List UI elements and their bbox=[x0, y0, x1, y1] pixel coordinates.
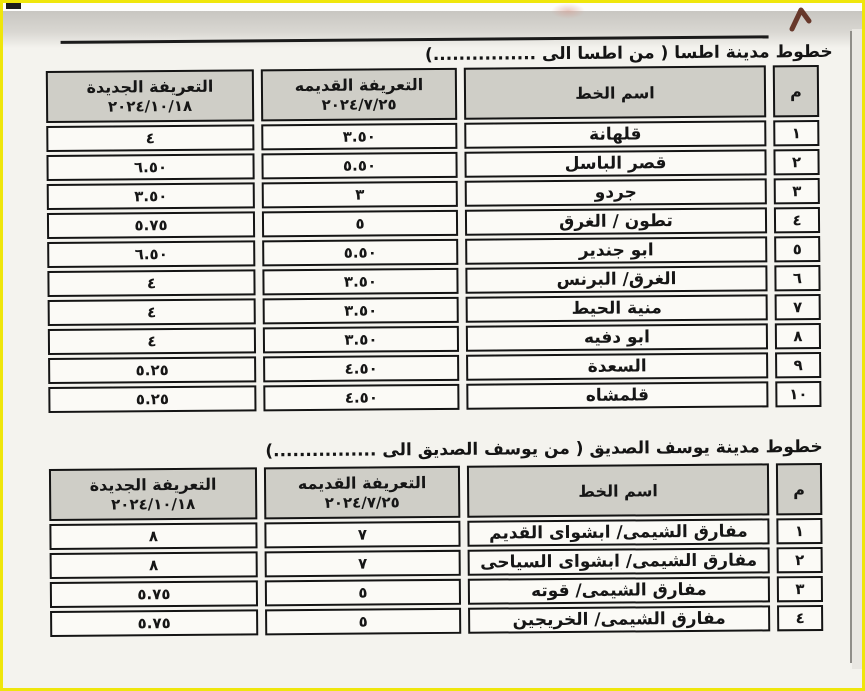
table-row: ٨ ابو دفيه ٣.٥٠ ٤ bbox=[48, 323, 821, 355]
line-name-cell: السعدة bbox=[466, 352, 768, 380]
new-tariff-cell: ٦.٥٠ bbox=[46, 153, 254, 181]
old-tariff-cell: ٥.٥٠ bbox=[261, 152, 457, 180]
new-tariff-label: التعريفة الجديدة bbox=[50, 76, 250, 97]
new-tariff-cell: ٤ bbox=[48, 327, 256, 355]
row-number-cell: ٩ bbox=[775, 352, 821, 378]
new-tariff-cell: ٨ bbox=[49, 522, 257, 550]
line-name-cell: مفارق الشيمى/ ابشواى السياحى bbox=[468, 547, 770, 575]
new-tariff-cell: ٤ bbox=[46, 124, 254, 152]
table-row: ١ قلهانة ٣.٥٠ ٤ bbox=[46, 120, 819, 152]
new-tariff-cell: ٥.٧٥ bbox=[50, 580, 258, 608]
new-tariff-cell: ٤ bbox=[47, 269, 255, 297]
old-tariff-cell: ٥.٥٠ bbox=[262, 239, 458, 267]
new-tariff-date: ٢٠٢٤/١٠/١٨ bbox=[53, 494, 253, 514]
old-tariff-date: ٢٠٢٤/٧/٢٥ bbox=[268, 493, 456, 512]
new-tariff-cell: ٥.٢٥ bbox=[48, 385, 256, 413]
old-tariff-cell: ٥ bbox=[265, 608, 461, 636]
table-row: ١٠ قلمشاه ٤.٥٠ ٥.٢٥ bbox=[48, 381, 821, 413]
row-number-cell: ٣ bbox=[777, 576, 823, 602]
old-tariff-cell: ٥ bbox=[265, 579, 461, 607]
itsa-lines-table: م اسم الخط التعريفة القديمه ٢٠٢٤/٧/٢٥ ال… bbox=[39, 62, 829, 416]
row-number-cell: ٧ bbox=[775, 294, 821, 320]
row-number-cell: ١٠ bbox=[775, 381, 821, 407]
old-tariff-cell: ٣.٥٠ bbox=[262, 268, 458, 296]
line-name-cell: منية الحيط bbox=[466, 294, 768, 322]
old-tariff-cell: ٣.٥٠ bbox=[263, 297, 459, 325]
old-tariff-cell: ٧ bbox=[265, 550, 461, 578]
table-row: ٥ ابو جندير ٥.٥٠ ٦.٥٠ bbox=[47, 236, 820, 268]
row-number-cell: ٤ bbox=[774, 207, 820, 233]
new-tariff-cell: ٨ bbox=[50, 551, 258, 579]
table-row: ٧ منية الحيط ٣.٥٠ ٤ bbox=[48, 294, 821, 326]
line-name-cell: تطون / الغرق bbox=[465, 207, 767, 235]
line-name-cell: ابو جندير bbox=[465, 236, 767, 264]
old-tariff-cell: ٣.٥٠ bbox=[263, 326, 459, 354]
old-tariff-cell: ٧ bbox=[264, 521, 460, 549]
line-name-cell: مفارق الشيمى/ ابشواى القديم bbox=[467, 518, 769, 546]
col-header-line-name: اسم الخط bbox=[464, 65, 766, 119]
line-name-cell: مفارق الشيمى/ الخريجين bbox=[468, 605, 770, 633]
new-tariff-cell: ٥.٢٥ bbox=[48, 356, 256, 384]
table-row: ١ مفارق الشيمى/ ابشواى القديم ٧ ٨ bbox=[49, 518, 822, 550]
line-name-cell: قصر الباسل bbox=[464, 149, 766, 177]
new-tariff-date: ٢٠٢٤/١٠/١٨ bbox=[50, 96, 250, 116]
row-number-cell: ٢ bbox=[773, 149, 819, 175]
old-tariff-cell: ٣.٥٠ bbox=[261, 123, 457, 151]
new-tariff-cell: ٥.٧٥ bbox=[50, 609, 258, 637]
new-tariff-cell: ٥.٧٥ bbox=[47, 211, 255, 239]
line-name-cell: جردو bbox=[465, 178, 767, 206]
old-tariff-cell: ٤.٥٠ bbox=[263, 355, 459, 383]
old-tariff-cell: ٣ bbox=[262, 181, 458, 209]
row-number-cell: ٨ bbox=[775, 323, 821, 349]
line-name-cell: ابو دفيه bbox=[466, 323, 768, 351]
line-name-cell: الغرق/ البرنس bbox=[465, 265, 767, 293]
col-header-new-tariff: التعريفة الجديدة ٢٠٢٤/١٠/١٨ bbox=[49, 467, 257, 521]
old-tariff-label: التعريفة القديمه bbox=[265, 75, 453, 95]
old-tariff-label: التعريفة القديمه bbox=[268, 473, 456, 493]
table-row: ٩ السعدة ٤.٥٠ ٥.٢٥ bbox=[48, 352, 821, 384]
col-header-line-name: اسم الخط bbox=[467, 463, 769, 517]
table-row: ٦ الغرق/ البرنس ٣.٥٠ ٤ bbox=[47, 265, 820, 297]
line-name-cell: قلمشاه bbox=[466, 381, 768, 409]
document-content: خطوط مدينة اطسا ( من اطسا الى ..........… bbox=[0, 0, 865, 691]
scanned-document-page: خطوط مدينة اطسا ( من اطسا الى ..........… bbox=[0, 0, 865, 691]
row-number-cell: ١ bbox=[776, 518, 822, 544]
old-tariff-cell: ٤.٥٠ bbox=[263, 384, 459, 412]
row-number-cell: ٢ bbox=[777, 547, 823, 573]
header-row: م اسم الخط التعريفة القديمه ٢٠٢٤/٧/٢٥ ال… bbox=[46, 65, 819, 123]
header-row: م اسم الخط التعريفة القديمه ٢٠٢٤/٧/٢٥ ال… bbox=[49, 463, 822, 521]
table-row: ٢ مفارق الشيمى/ ابشواى السياحى ٧ ٨ bbox=[50, 547, 823, 579]
line-name-cell: مفارق الشيمى/ قوته bbox=[468, 576, 770, 604]
table-row: ٣ مفارق الشيمى/ قوته ٥ ٥.٧٥ bbox=[50, 576, 823, 608]
section-title-yousef: خطوط مدينة يوسف الصديق ( من يوسف الصديق … bbox=[265, 437, 823, 461]
new-tariff-cell: ٤ bbox=[48, 298, 256, 326]
row-number-cell: ٤ bbox=[777, 605, 823, 631]
row-number-cell: ١ bbox=[773, 120, 819, 146]
new-tariff-label: التعريفة الجديدة bbox=[53, 474, 253, 495]
new-tariff-cell: ٦.٥٠ bbox=[47, 240, 255, 268]
col-header-num: م bbox=[773, 65, 819, 117]
col-header-new-tariff: التعريفة الجديدة ٢٠٢٤/١٠/١٨ bbox=[46, 69, 254, 123]
col-header-num: م bbox=[776, 463, 822, 515]
table-row: ٤ تطون / الغرق ٥ ٥.٧٥ bbox=[47, 207, 820, 239]
table-row: ٣ جردو ٣ ٣.٥٠ bbox=[47, 178, 820, 210]
old-tariff-cell: ٥ bbox=[262, 210, 458, 238]
table-row: ٢ قصر الباسل ٥.٥٠ ٦.٥٠ bbox=[46, 149, 819, 181]
table-row: ٤ مفارق الشيمى/ الخريجين ٥ ٥.٧٥ bbox=[50, 605, 823, 637]
new-tariff-cell: ٣.٥٠ bbox=[47, 182, 255, 210]
col-header-old-tariff: التعريفة القديمه ٢٠٢٤/٧/٢٥ bbox=[264, 466, 460, 520]
line-name-cell: قلهانة bbox=[464, 120, 766, 148]
col-header-old-tariff: التعريفة القديمه ٢٠٢٤/٧/٢٥ bbox=[261, 68, 457, 122]
row-number-cell: ٦ bbox=[774, 265, 820, 291]
old-tariff-date: ٢٠٢٤/٧/٢٥ bbox=[265, 95, 453, 114]
yousef-lines-table: م اسم الخط التعريفة القديمه ٢٠٢٤/٧/٢٥ ال… bbox=[42, 460, 830, 640]
row-number-cell: ٥ bbox=[774, 236, 820, 262]
row-number-cell: ٣ bbox=[774, 178, 820, 204]
